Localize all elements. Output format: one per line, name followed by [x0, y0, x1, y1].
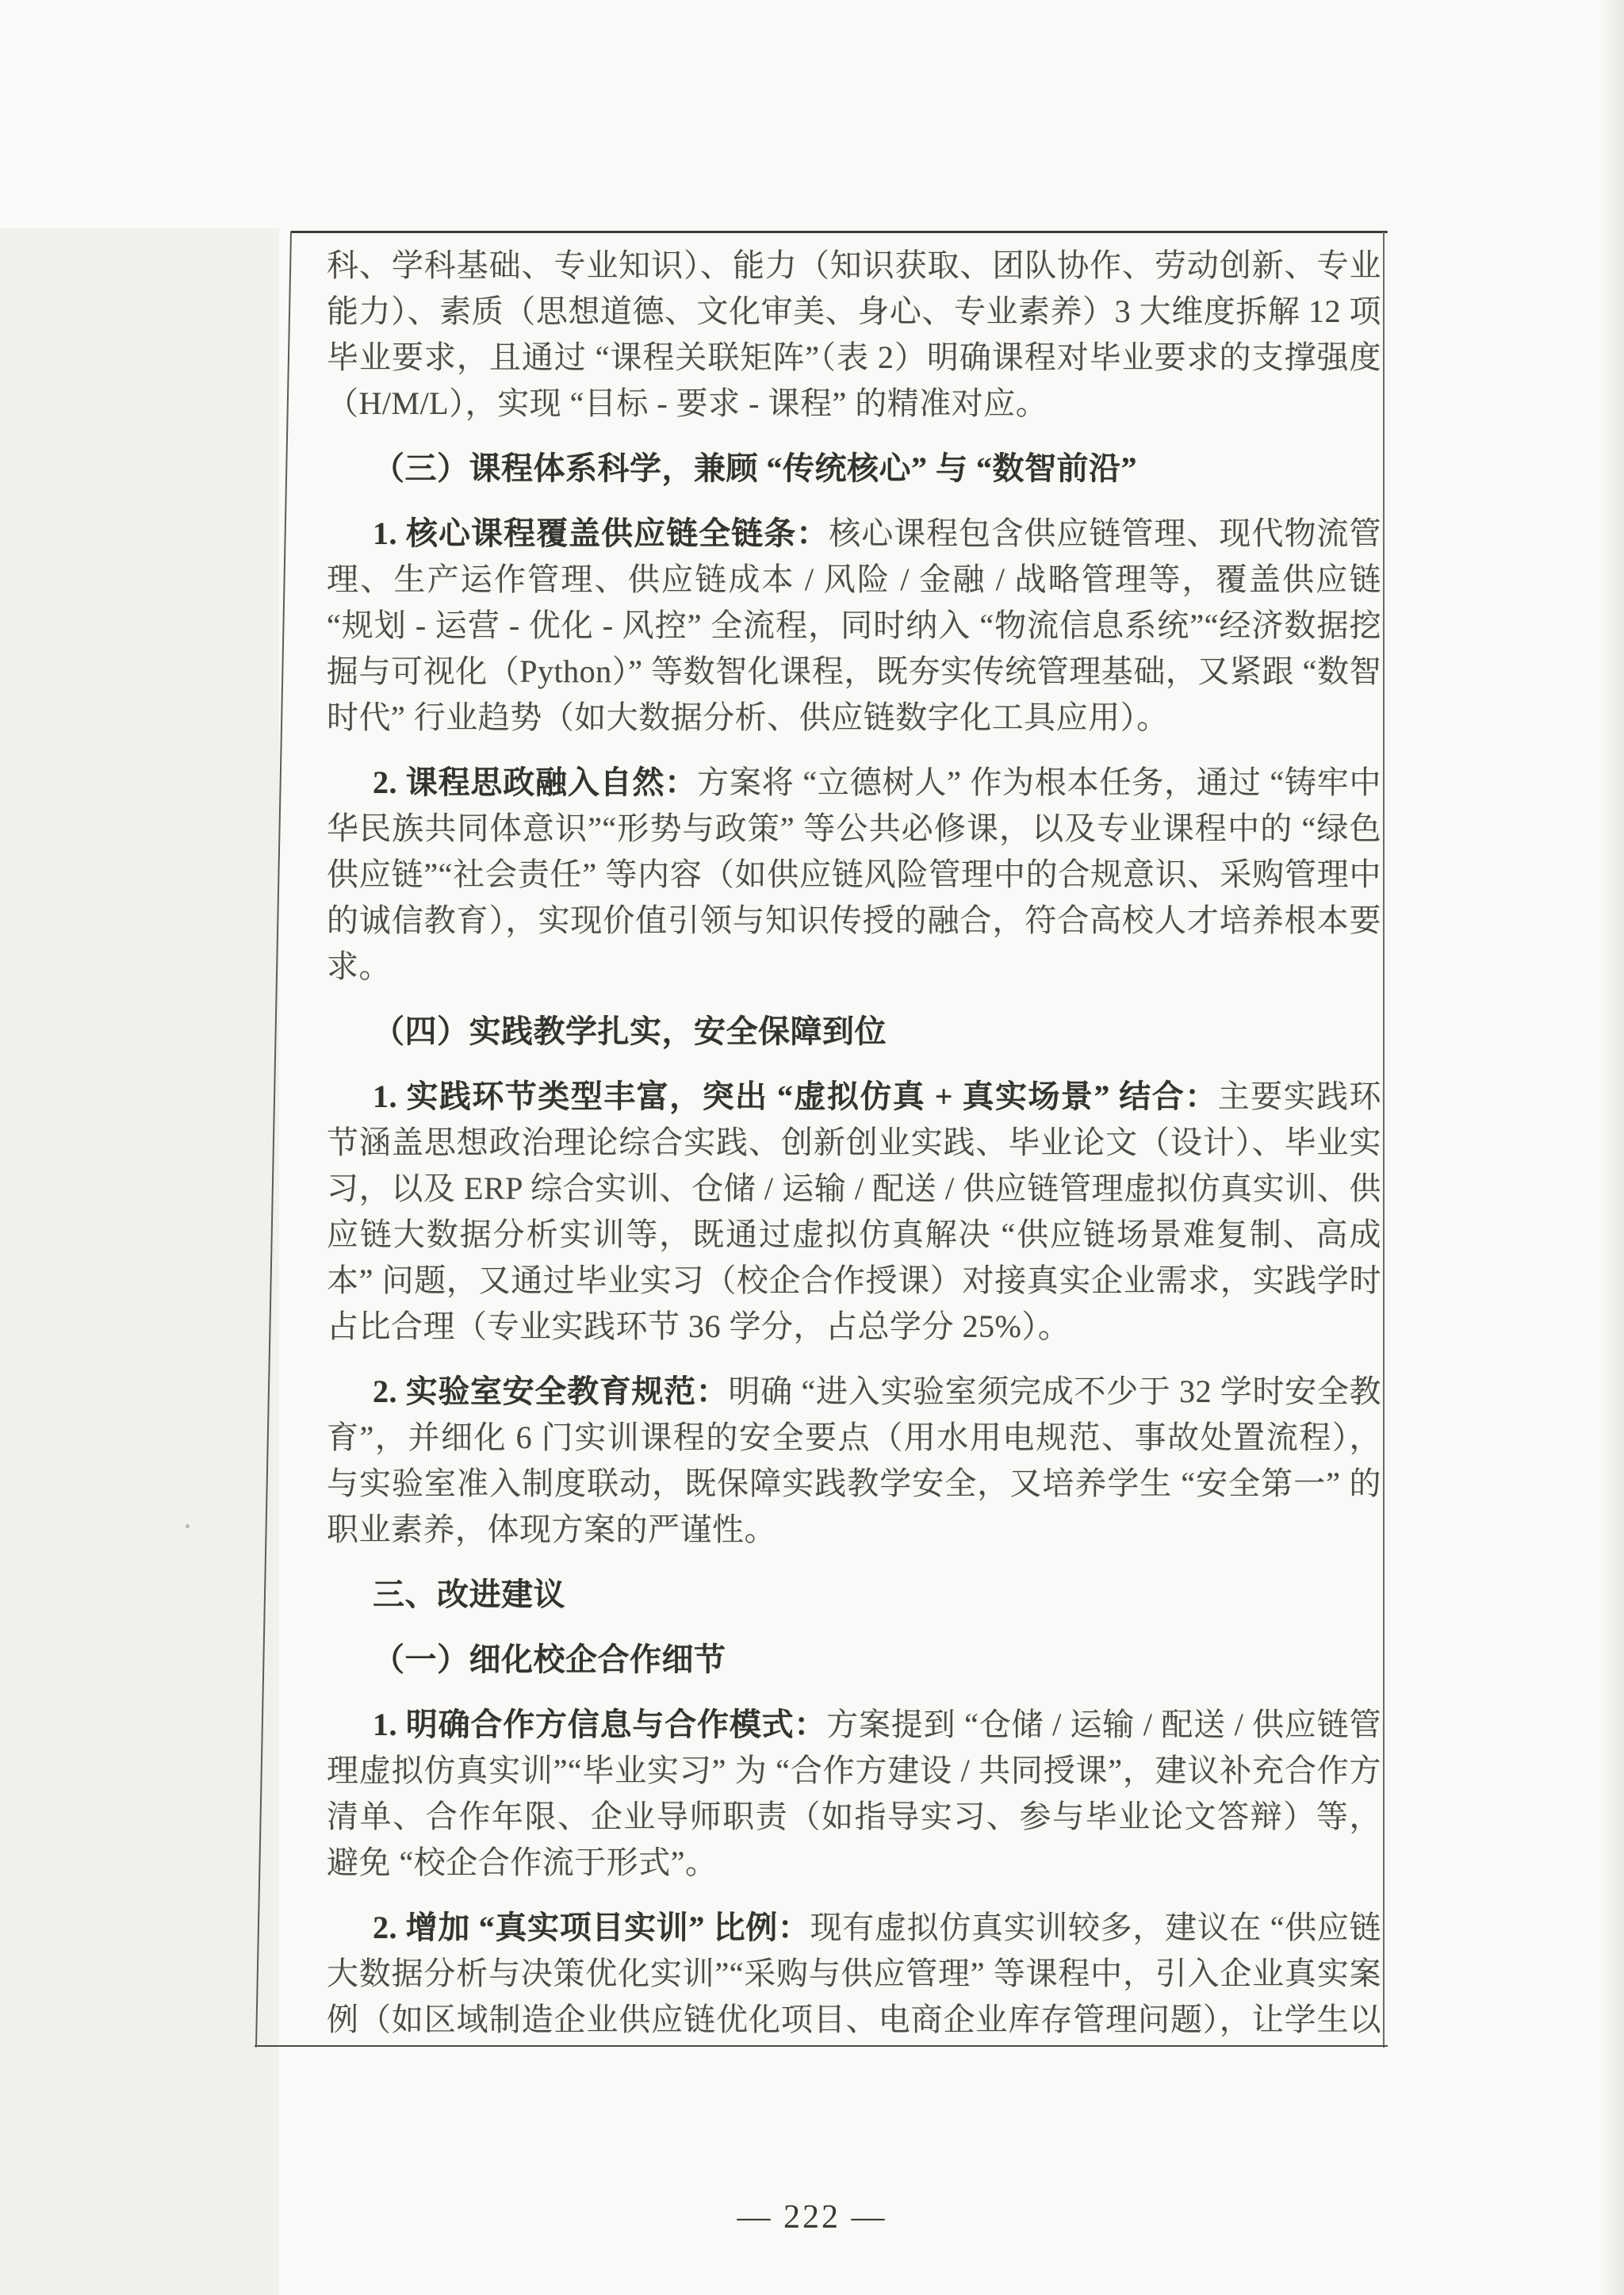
scanned-page: 科、学科基础、专业知识）、能力（知识获取、团队协作、劳动创新、专业能力）、素质（…: [0, 0, 1624, 2295]
scan-left-margin-shade: [0, 228, 279, 2295]
paragraph: 1. 核心课程覆盖供应链全链条：核心课程包含供应链管理、现代物流管理、生产运作管…: [327, 511, 1381, 741]
paragraph: 科、学科基础、专业知识）、能力（知识获取、团队协作、劳动创新、专业能力）、素质（…: [327, 243, 1381, 427]
page-number: — 222 —: [737, 2199, 887, 2236]
bold-run: （三）课程体系科学，兼顾 “传统核心” 与 “数智前沿”: [373, 450, 1137, 486]
document-text: 科、学科基础、专业知识）、能力（知识获取、团队协作、劳动创新、专业能力）、素质（…: [327, 243, 1381, 2046]
text-run: 主要实践环节涵盖思想政治理论综合实践、创新创业实践、毕业论文（设计）、毕业实习，…: [327, 1079, 1381, 1344]
paragraph: 2. 课程思政融入自然：方案将 “立德树人” 作为根本任务，通过 “铸牢中华民族…: [327, 760, 1381, 990]
paragraph: 2. 实验室安全教育规范：明确 “进入实验室须完成不少于 32 学时安全教育”，…: [327, 1369, 1381, 1553]
section-heading: 三、改进建议: [327, 1572, 1381, 1618]
bold-run: 三、改进建议: [373, 1577, 565, 1612]
text-run: 科、学科基础、专业知识）、能力（知识获取、团队协作、劳动创新、专业能力）、素质（…: [327, 247, 1381, 421]
bold-run: （一）细化校企合作细节: [373, 1642, 726, 1677]
bold-run: 1. 实践环节类型丰富，突出 “虚拟仿真 + 真实场景” 结合：: [373, 1079, 1218, 1114]
bold-run: 1. 明确合作方信息与合作模式：: [373, 1707, 826, 1742]
bold-run: 1. 核心课程覆盖供应链全链条：: [373, 515, 829, 551]
page-border-top: [290, 231, 1388, 233]
paragraph: 2. 增加 “真实项目实训” 比例：现有虚拟仿真实训较多，建议在 “供应链大数据…: [327, 1905, 1381, 2046]
paragraph: 1. 实践环节类型丰富，突出 “虚拟仿真 + 真实场景” 结合：主要实践环节涵盖…: [327, 1074, 1381, 1350]
page-border-right: [1383, 232, 1385, 2048]
paragraph: 1. 明确合作方信息与合作模式：方案提到 “仓储 / 运输 / 配送 / 供应链…: [327, 1702, 1381, 1886]
bold-run: 2. 实验室安全教育规范：: [373, 1374, 728, 1409]
section-heading: （四）实践教学扎实，安全保障到位: [327, 1009, 1381, 1055]
bold-run: （四）实践教学扎实，安全保障到位: [373, 1013, 887, 1049]
scan-right-edge-shade: [1600, 0, 1624, 2295]
section-heading: （三）课程体系科学，兼顾 “传统核心” 与 “数智前沿”: [327, 446, 1381, 492]
bold-run: 2. 课程思政融入自然：: [373, 764, 697, 800]
page-footer: — 222 —: [0, 2193, 1624, 2241]
section-heading: （一）细化校企合作细节: [327, 1637, 1381, 1683]
scan-speck: [186, 1524, 190, 1528]
bold-run: 2. 增加 “真实项目实训” 比例：: [373, 1910, 810, 1945]
